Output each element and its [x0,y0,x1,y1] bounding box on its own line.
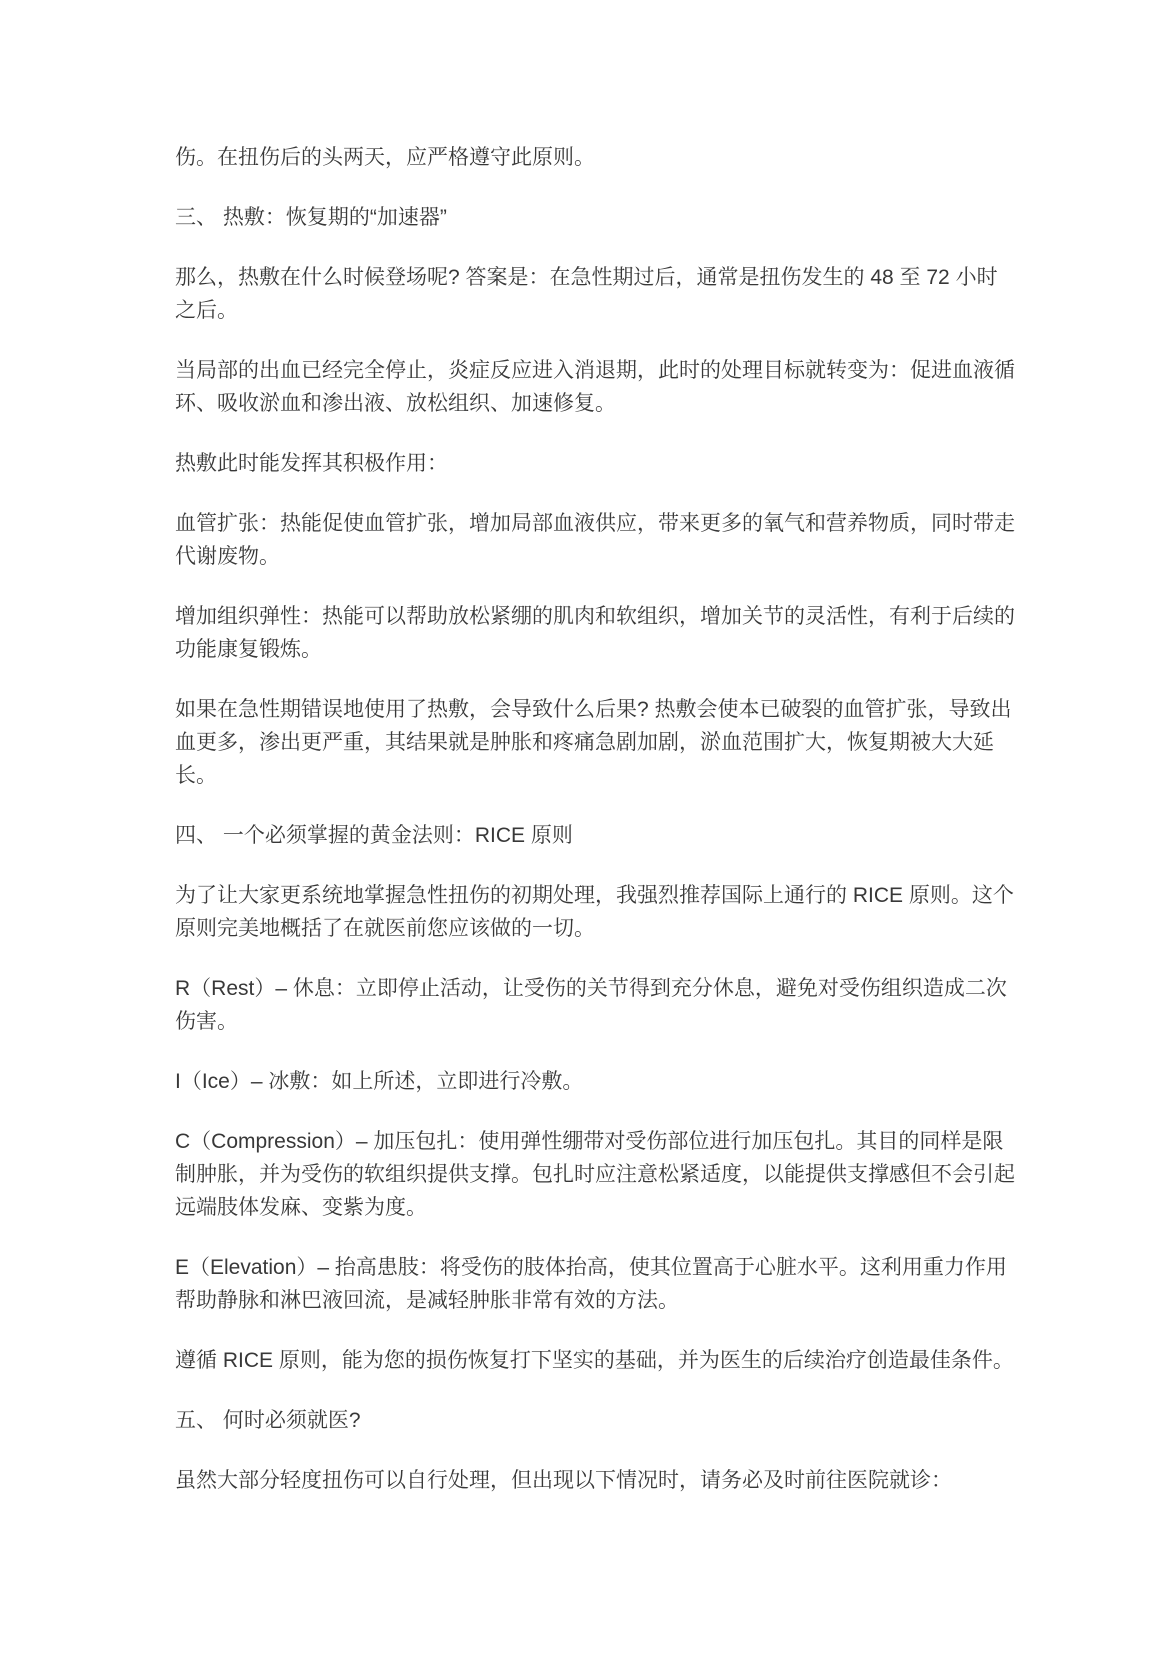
rice-item-rest: R（Rest）– 休息：立即停止活动，让受伤的关节得到充分休息，避免对受伤组织造… [175,972,1017,1038]
paragraph-see-doctor-lead: 虽然大部分轻度扭伤可以自行处理，但出现以下情况时，请务必及时前往医院就诊： [175,1464,1017,1497]
paragraph-vasodilation: 血管扩张：热能促使血管扩张，增加局部血液供应，带来更多的氧气和营养物质，同时带走… [175,507,1017,573]
rice-item-compression: C（Compression）– 加压包扎：使用弹性绷带对受伤部位进行加压包扎。其… [175,1125,1017,1224]
paragraph-heat-goal: 当局部的出血已经完全停止，炎症反应进入消退期，此时的处理目标就转变为：促进血液循… [175,354,1017,420]
paragraph-tissue-elasticity: 增加组织弹性：热能可以帮助放松紧绷的肌肉和软组织，增加关节的灵活性，有利于后续的… [175,600,1017,666]
document-content: 伤。在扭伤后的头两天，应严格遵守此原则。 三、 热敷：恢复期的“加速器” 那么，… [0,0,1170,1497]
paragraph-heat-timing: 那么，热敷在什么时候登场呢? 答案是：在急性期过后，通常是扭伤发生的 48 至 … [175,261,1017,327]
paragraph-rice-intro: 为了让大家更系统地掌握急性扭伤的初期处理，我强烈推荐国际上通行的 RICE 原则… [175,879,1017,945]
paragraph-heat-benefits-lead: 热敷此时能发挥其积极作用： [175,447,1017,480]
rice-item-elevation: E（Elevation）– 抬高患肢：将受伤的肢体抬高，使其位置高于心脏水平。这… [175,1251,1017,1317]
paragraph-rice-summary: 遵循 RICE 原则，能为您的损伤恢复打下坚实的基础，并为医生的后续治疗创造最佳… [175,1344,1017,1377]
paragraph-heat-warning: 如果在急性期错误地使用了热敷，会导致什么后果? 热敷会使本已破裂的血管扩张，导致… [175,693,1017,792]
section-heading-5-see-doctor: 五、 何时必须就医? [175,1404,1017,1437]
section-heading-3-heat: 三、 热敷：恢复期的“加速器” [175,201,1017,234]
rice-item-ice: I（Ice）– 冰敷：如上所述，立即进行冷敷。 [175,1065,1017,1098]
paragraph-intro-continuation: 伤。在扭伤后的头两天，应严格遵守此原则。 [175,141,1017,174]
section-heading-4-rice: 四、 一个必须掌握的黄金法则：RICE 原则 [175,819,1017,852]
document-page: 伤。在扭伤后的头两天，应严格遵守此原则。 三、 热敷：恢复期的“加速器” 那么，… [0,0,1170,1655]
